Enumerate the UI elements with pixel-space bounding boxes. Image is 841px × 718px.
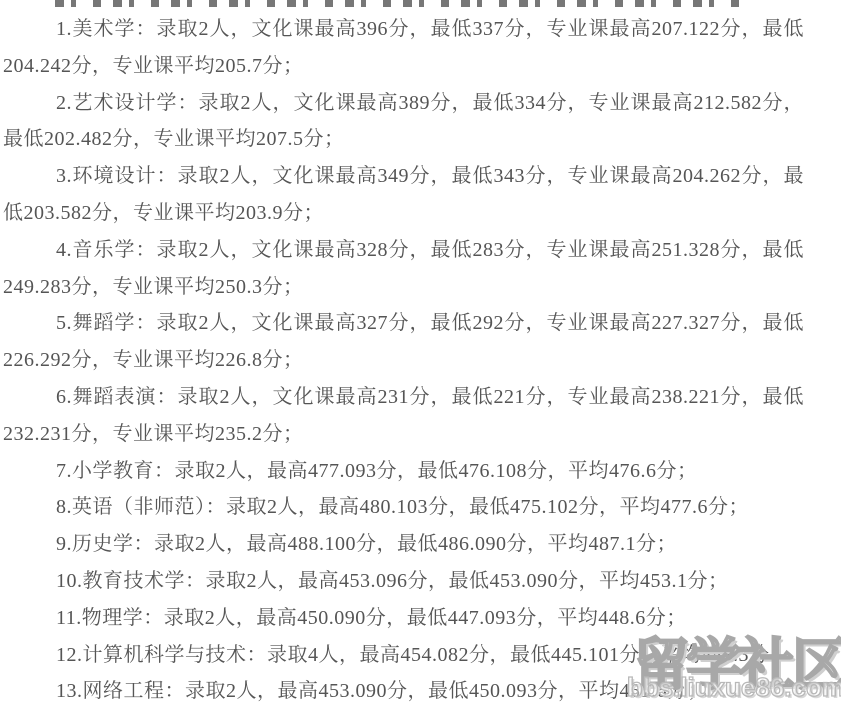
clipped-text-line (55, 0, 747, 7)
admission-stats-paragraph: 13.网络工程：录取2人，最高453.090分，最低450.093分，平均451… (3, 673, 804, 710)
admission-stats-paragraph: 11.物理学：录取2人，最高450.090分，最低447.093分，平均448.… (3, 600, 804, 637)
admission-stats-paragraph: 3.环境设计：录取2人，文化课最高349分，最低343分，专业课最高204.26… (3, 158, 804, 232)
admission-stats-paragraph: 1.美术学：录取2人，文化课最高396分，最低337分，专业课最高207.122… (3, 11, 804, 85)
admission-stats-paragraph: 12.计算机科学与技术：录取4人，最高454.082分，最低445.101分，平… (3, 637, 804, 674)
admission-stats-paragraph: 5.舞蹈学：录取2人，文化课最高327分，最低292分，专业课最高227.327… (3, 305, 804, 379)
admission-stats-paragraph: 6.舞蹈表演：录取2人，文化课最高231分，最低221分，专业最高238.221… (3, 379, 804, 453)
admission-stats-paragraph: 10.教育技术学：录取2人，最高453.096分，最低453.090分，平均45… (3, 563, 804, 600)
admission-stats-paragraph: 2.艺术设计学：录取2人，文化课最高389分，最低334分，专业课最高212.5… (3, 85, 804, 159)
document-body: 1.美术学：录取2人，文化课最高396分，最低337分，专业课最高207.122… (3, 11, 804, 710)
document-page: 1.美术学：录取2人，文化课最高396分，最低337分，专业课最高207.122… (0, 0, 841, 718)
admission-stats-paragraph: 8.英语（非师范）：录取2人，最高480.103分，最低475.102分，平均4… (3, 489, 804, 526)
admission-stats-paragraph: 7.小学教育：录取2人，最高477.093分，最低476.108分，平均476.… (3, 453, 804, 490)
admission-stats-paragraph: 9.历史学：录取2人，最高488.100分，最低486.090分，平均487.1… (3, 526, 804, 563)
admission-stats-paragraph: 4.音乐学：录取2人，文化课最高328分，最低283分，专业课最高251.328… (3, 232, 804, 306)
